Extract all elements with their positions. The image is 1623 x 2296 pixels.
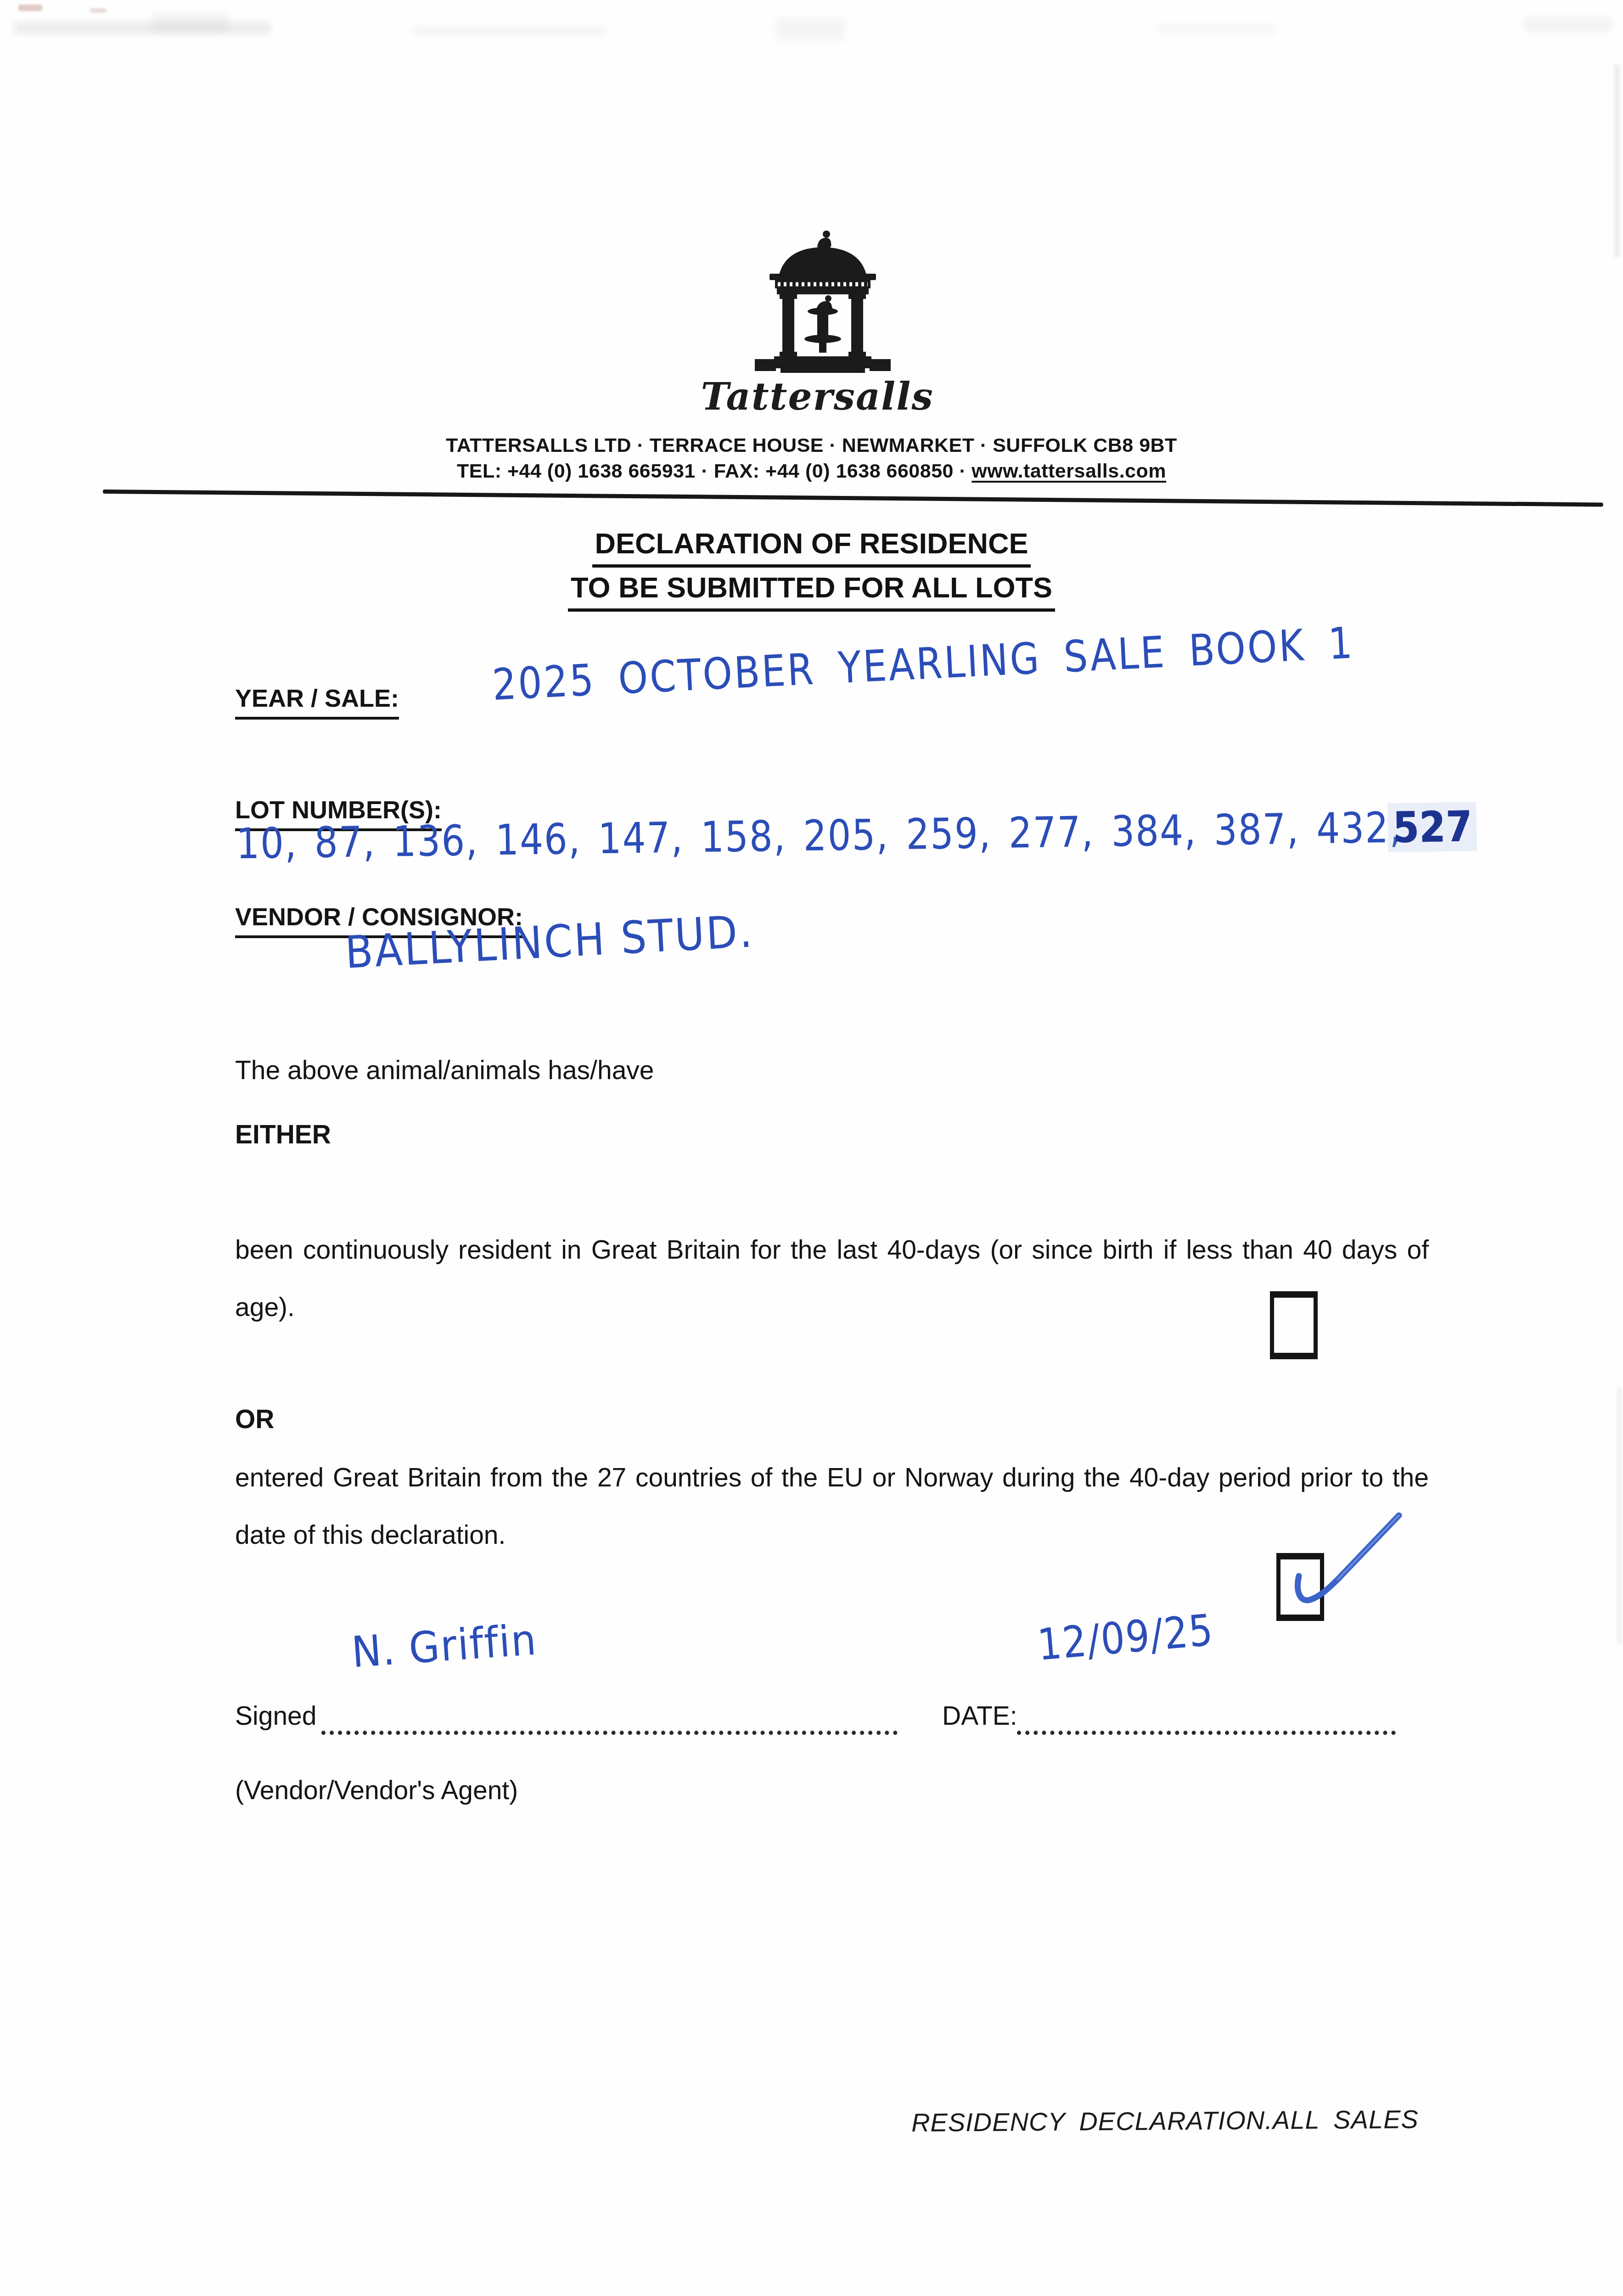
document-title-line1: DECLARATION OF RESIDENCE xyxy=(0,527,1623,568)
scan-artifact xyxy=(14,22,271,34)
document-title-line1-text: DECLARATION OF RESIDENCE xyxy=(592,527,1031,568)
footer-doc-reference: RESIDENCY DECLARATION.ALL SALES xyxy=(911,2104,1419,2138)
tel-fax-text: TEL: +44 (0) 1638 665931 · FAX: +44 (0) … xyxy=(457,460,966,482)
brand-wordmark: Tattersalls xyxy=(652,375,983,419)
scanned-declaration-page: Tattersalls TATTERSALLS LTD · TERRACE HO… xyxy=(0,0,1623,2296)
checkmark-icon xyxy=(1283,1498,1412,1613)
document-title-line2: TO BE SUBMITTED FOR ALL LOTS xyxy=(0,571,1623,612)
option-entered-text: entered Great Britain from the 27 countr… xyxy=(235,1449,1429,1564)
scan-artifact xyxy=(152,14,230,33)
document-title-line2-text: TO BE SUBMITTED FOR ALL LOTS xyxy=(568,571,1055,612)
scan-artifact xyxy=(90,8,107,13)
checkbox-resident[interactable] xyxy=(1270,1291,1318,1359)
date-label: DATE: xyxy=(942,1701,1017,1731)
company-address-line: TATTERSALLS LTD · TERRACE HOUSE · NEWMAR… xyxy=(0,434,1623,457)
option-resident-text: been continuously resident in Great Brit… xyxy=(235,1221,1429,1336)
or-heading: OR xyxy=(235,1404,275,1435)
signed-label: Signed xyxy=(235,1701,317,1731)
signature-line[interactable] xyxy=(321,1705,898,1735)
intro-text: The above animal/animals has/have xyxy=(235,1055,654,1086)
scan-artifact xyxy=(18,5,42,11)
lot-numbers-appended: 527 xyxy=(1388,802,1477,852)
scan-artifact xyxy=(413,27,606,35)
scan-artifact xyxy=(1524,17,1612,32)
date-line[interactable] xyxy=(1017,1705,1396,1735)
website-link[interactable]: www.tattersalls.com xyxy=(972,460,1166,482)
date-handwritten[interactable]: 12/09/25 xyxy=(1035,1605,1215,1671)
year-sale-label: YEAR / SALE: xyxy=(235,684,399,720)
tattersalls-rotunda-logo xyxy=(754,229,892,380)
scan-artifact xyxy=(1617,1387,1622,1644)
scan-artifact xyxy=(1157,24,1276,34)
year-sale-handwritten-value[interactable]: 2025 OCTOBER YEARLING SALE BOOK 1 xyxy=(491,618,1355,710)
vendor-agent-note: (Vendor/Vendor's Agent) xyxy=(235,1775,518,1806)
scan-artifact xyxy=(776,17,845,41)
scan-artifact xyxy=(1614,64,1620,257)
contact-line: TEL: +44 (0) 1638 665931 · FAX: +44 (0) … xyxy=(0,460,1623,483)
signature-handwritten[interactable]: N. Griffin xyxy=(350,1615,538,1677)
header-divider-rule xyxy=(103,490,1603,507)
either-heading: EITHER xyxy=(235,1120,331,1150)
year-sale-label-text: YEAR / SALE: xyxy=(235,684,399,720)
